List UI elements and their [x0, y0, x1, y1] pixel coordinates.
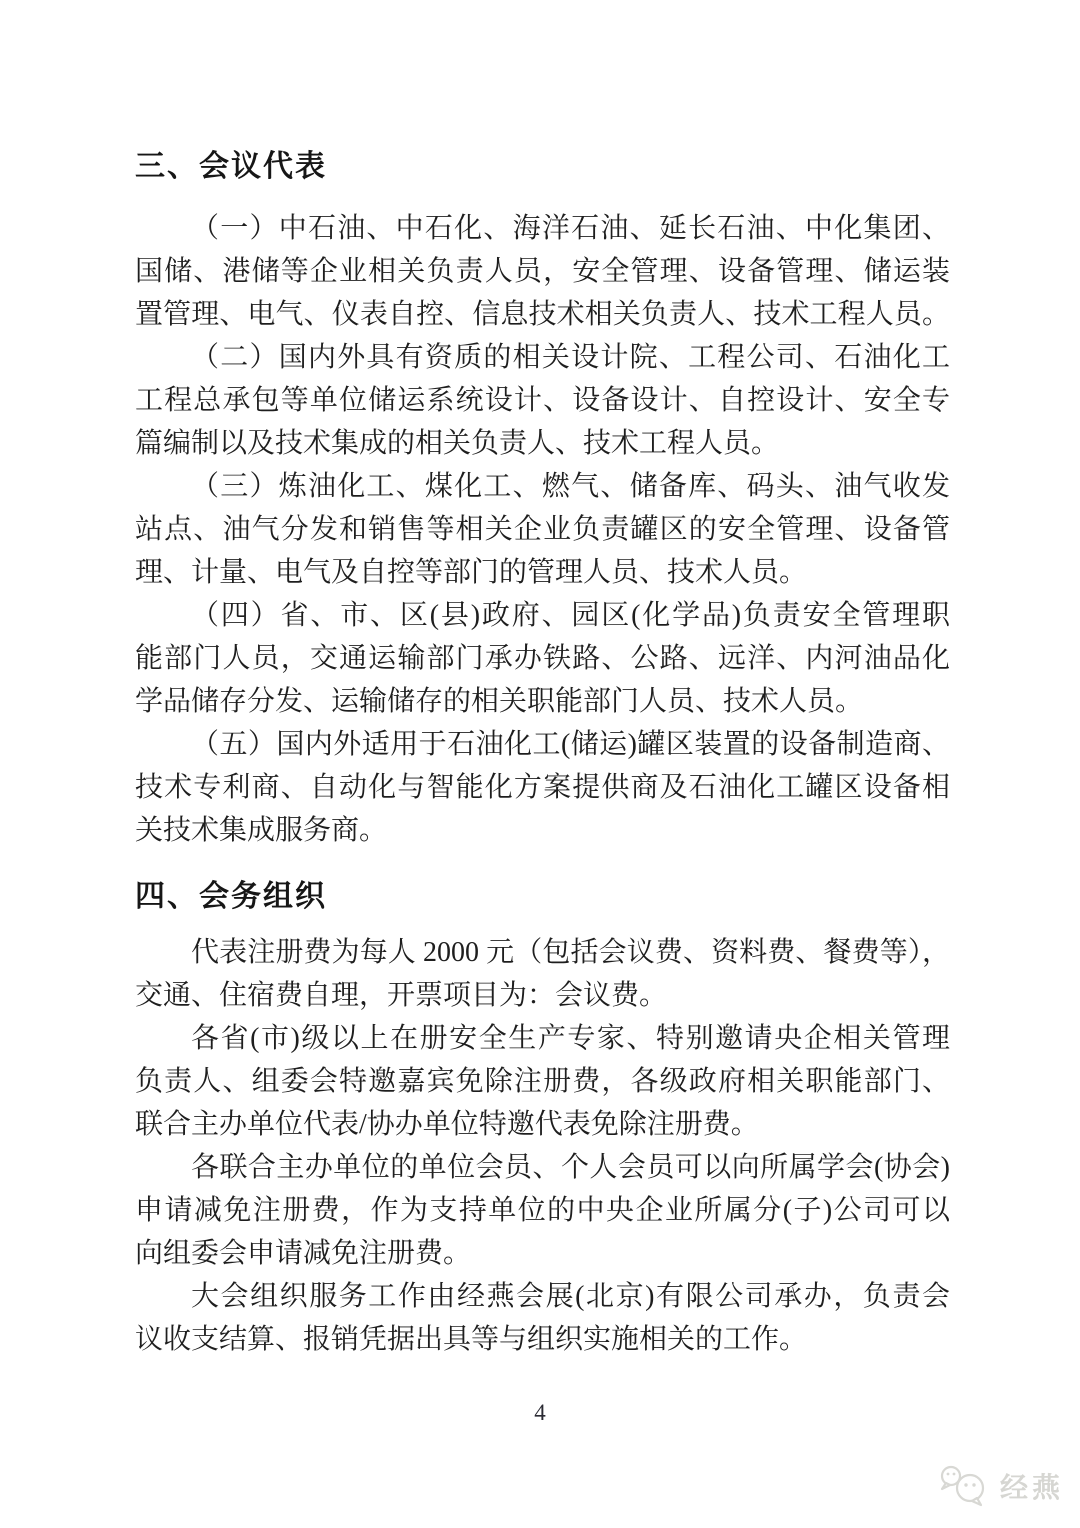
paragraph-line: （四）省、市、区(县)政府、园区(化学品)负责安全管理职	[135, 594, 950, 637]
section-heading-representatives: 三、会议代表	[135, 143, 950, 191]
paragraph: （二）国内外具有资质的相关设计院、工程公司、石油化工 工程总承包等单位储运系统设…	[135, 336, 950, 465]
paragraph-line: （三）炼油化工、煤化工、燃气、储备库、码头、油气收发	[135, 465, 950, 508]
paragraph-line: 站点、油气分发和销售等相关企业负责罐区的安全管理、设备管	[135, 508, 950, 551]
paragraph-line: 各联合主办单位的单位会员、个人会员可以向所属学会(协会)	[135, 1146, 950, 1189]
paragraph-line: 能部门人员，交通运输部门承办铁路、公路、远洋、内河油品化	[135, 637, 950, 680]
watermark-label: 经燕	[1000, 1466, 1064, 1506]
paragraph-line: 各省(市)级以上在册安全生产专家、特别邀请央企相关管理	[135, 1017, 950, 1060]
paragraph-line: 大会组织服务工作由经燕会展(北京)有限公司承办，负责会	[135, 1275, 950, 1318]
paragraph-line: 联合主办单位代表/协办单位特邀代表免除注册费。	[135, 1103, 950, 1146]
paragraph: 大会组织服务工作由经燕会展(北京)有限公司承办，负责会 议收支结算、报销凭据出具…	[135, 1275, 950, 1361]
page-number: 4	[0, 1400, 1080, 1426]
paragraph: （五）国内外适用于石油化工(储运)罐区装置的设备制造商、 技术专利商、自动化与智…	[135, 723, 950, 852]
paragraph: （一）中石油、中石化、海洋石油、延长石油、中化集团、 国储、港储等企业相关负责人…	[135, 207, 950, 336]
paragraph-line: 关技术集成服务商。	[135, 809, 950, 852]
paragraph: （三）炼油化工、煤化工、燃气、储备库、码头、油气收发 站点、油气分发和销售等相关…	[135, 465, 950, 594]
paragraph-line: 代表注册费为每人 2000 元（包括会议费、资料费、餐费等），	[135, 931, 950, 974]
paragraph-line: 向组委会申请减免注册费。	[135, 1232, 950, 1275]
paragraph-line: 负责人、组委会特邀嘉宾免除注册费，各级政府相关职能部门、	[135, 1060, 950, 1103]
paragraph: 代表注册费为每人 2000 元（包括会议费、资料费、餐费等）， 交通、住宿费自理…	[135, 931, 950, 1017]
paragraph-line: 学品储存分发、运输储存的相关职能部门人员、技术人员。	[135, 680, 950, 723]
paragraph-line: （二）国内外具有资质的相关设计院、工程公司、石油化工	[135, 336, 950, 379]
paragraph: 各省(市)级以上在册安全生产专家、特别邀请央企相关管理 负责人、组委会特邀嘉宾免…	[135, 1017, 950, 1146]
paragraph-line: 置管理、电气、仪表自控、信息技术相关负责人、技术工程人员。	[135, 293, 950, 336]
paragraph-line: 议收支结算、报销凭据出具等与组织实施相关的工作。	[135, 1318, 950, 1361]
wechat-icon	[937, 1463, 993, 1509]
section-heading-organization: 四、会务组织	[135, 873, 950, 921]
paragraph-line: 国储、港储等企业相关负责人员，安全管理、设备管理、储运装	[135, 250, 950, 293]
paragraph-line: 申请减免注册费，作为支持单位的中央企业所属分(子)公司可以	[135, 1189, 950, 1232]
paragraph-line: 技术专利商、自动化与智能化方案提供商及石油化工罐区设备相	[135, 766, 950, 809]
paragraph-line: （五）国内外适用于石油化工(储运)罐区装置的设备制造商、	[135, 723, 950, 766]
paragraph: 各联合主办单位的单位会员、个人会员可以向所属学会(协会) 申请减免注册费，作为支…	[135, 1146, 950, 1275]
document-page: 三、会议代表 （一）中石油、中石化、海洋石油、延长石油、中化集团、 国储、港储等…	[0, 0, 1080, 1528]
paragraph: （四）省、市、区(县)政府、园区(化学品)负责安全管理职 能部门人员，交通运输部…	[135, 594, 950, 723]
watermark: 经燕	[937, 1463, 1064, 1509]
paragraph-line: 交通、住宿费自理，开票项目为：会议费。	[135, 974, 950, 1017]
paragraph-line: 工程总承包等单位储运系统设计、设备设计、自控设计、安全专	[135, 379, 950, 422]
document-body: 三、会议代表 （一）中石油、中石化、海洋石油、延长石油、中化集团、 国储、港储等…	[135, 143, 950, 1361]
paragraph-line: 篇编制以及技术集成的相关负责人、技术工程人员。	[135, 422, 950, 465]
paragraph-line: 理、计量、电气及自控等部门的管理人员、技术人员。	[135, 551, 950, 594]
paragraph-line: （一）中石油、中石化、海洋石油、延长石油、中化集团、	[135, 207, 950, 250]
